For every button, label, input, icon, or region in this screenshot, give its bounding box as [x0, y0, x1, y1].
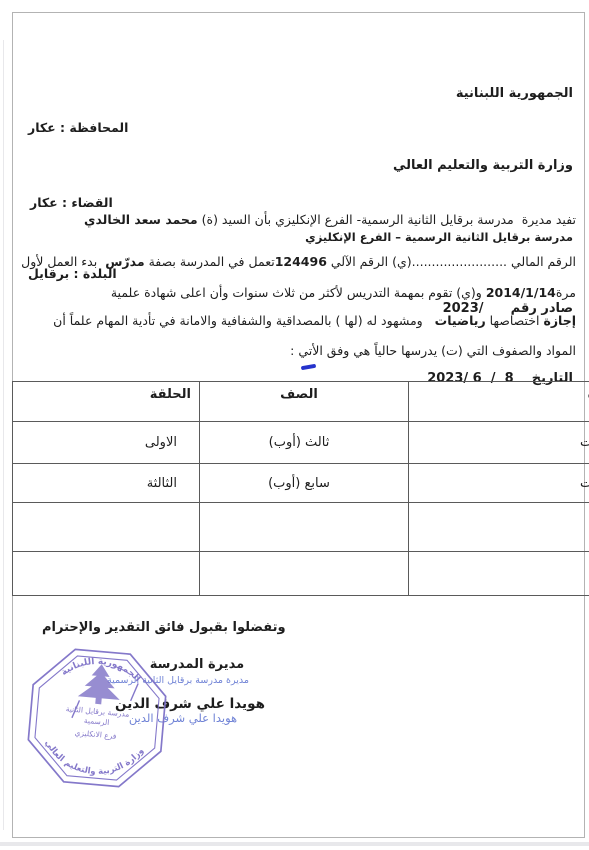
stamp-separator-right: [131, 683, 139, 701]
scanned-document-page: الجمهورية اللبنانية وزارة التربية والتعل…: [0, 0, 589, 850]
cell-class: سابع (أوب): [200, 464, 409, 503]
body-line-5: المواد والصفوف التي (ت) يدرسها حالياً هي…: [14, 341, 576, 361]
body-text: مرة: [556, 285, 576, 300]
table-row-empty: [13, 552, 589, 596]
cell-subject: [409, 552, 589, 596]
body-line-4: إجازة اختصاصها رياضيات ومشهود له (لها ) …: [14, 311, 576, 331]
col-header-subject: المادة: [409, 382, 589, 422]
body-text: بدء العمل لأول: [21, 254, 105, 269]
body-text: و(ي) تقوم بمهمة التدريس لأكثر من ثلاث سن…: [111, 285, 486, 300]
cell-subject: رياضيات: [409, 464, 589, 503]
cell-class: [200, 552, 409, 596]
body-text: الرقم المالي ........................(ي)…: [327, 254, 576, 269]
table-header-row: المادة الصف الحلقة: [13, 382, 589, 422]
body-text: تفيد مديرة مدرسة برقايل الثانية الرسمية-…: [198, 212, 576, 227]
certificate-body: تفيد مديرة مدرسة برقايل الثانية الرسمية-…: [14, 210, 576, 361]
stamp-center-line-2: الرسمية: [84, 716, 110, 727]
table-row: رياضيات ثالث (أوب) الاولى: [13, 422, 589, 464]
body-line-1: تفيد مديرة مدرسة برقايل الثانية الرسمية-…: [14, 210, 576, 230]
body-text: اختصاصها: [486, 313, 544, 328]
col-header-cycle: الحلقة: [13, 382, 200, 422]
teacher-name: محمد سعد الخالدي: [84, 212, 198, 227]
body-text: تعمل في المدرسة بصفة: [145, 254, 275, 269]
body-line-3: مرة2014/1/14 و(ي) تقوم بمهمة التدريس لأك…: [14, 283, 576, 303]
stamp-bottom-arc-text: وزارة التربية والتعليم العالي: [40, 738, 147, 782]
cell-cycle: [13, 503, 200, 552]
specialty-word: رياضيات: [435, 313, 486, 328]
cell-class: [200, 503, 409, 552]
official-octagon-stamp: الجمهورية اللبنانية وزارة التربية والتعل…: [16, 636, 179, 800]
serial-number: 124496: [275, 254, 327, 269]
cell-subject: [409, 503, 589, 552]
republic-line: الجمهورية اللبنانية: [305, 84, 573, 104]
body-text: المواد والصفوف التي (ت) يدرسها حالياً هي…: [290, 343, 576, 358]
col-header-class: الصف: [200, 382, 409, 422]
cell-subject: رياضيات: [409, 422, 589, 464]
degree-word: إجازة: [543, 313, 576, 328]
body-line-2: الرقم المالي ........................(ي)…: [14, 252, 576, 272]
cell-cycle: الاولى: [13, 422, 200, 464]
cell-class: ثالث (أوب): [200, 422, 409, 464]
governorate-line: المحافظة : عكار: [28, 118, 206, 138]
start-date: 2014/1/14: [486, 285, 556, 300]
subjects-table: المادة الصف الحلقة رياضيات ثالث (أوب) ال…: [12, 381, 589, 596]
scan-edge-bottom: [0, 842, 589, 846]
salutation-line: وتفضلوا بقبول فائق التقدير والإحترام: [42, 620, 286, 635]
body-text: ومشهود له (لها ) بالمصداقية والشفافية وا…: [53, 313, 435, 328]
stamp-center-line-3: فرع الانكليزي: [74, 728, 117, 741]
ministry-line: وزارة التربية والتعليم العالي: [305, 156, 573, 176]
table-row: رياضيات سابع (أوب) الثالثة: [13, 464, 589, 503]
cell-cycle: الثالثة: [13, 464, 200, 503]
scan-edge-left: [3, 40, 4, 830]
table-row-empty: [13, 503, 589, 552]
job-title: مدرّس: [105, 254, 144, 269]
cell-cycle: [13, 552, 200, 596]
